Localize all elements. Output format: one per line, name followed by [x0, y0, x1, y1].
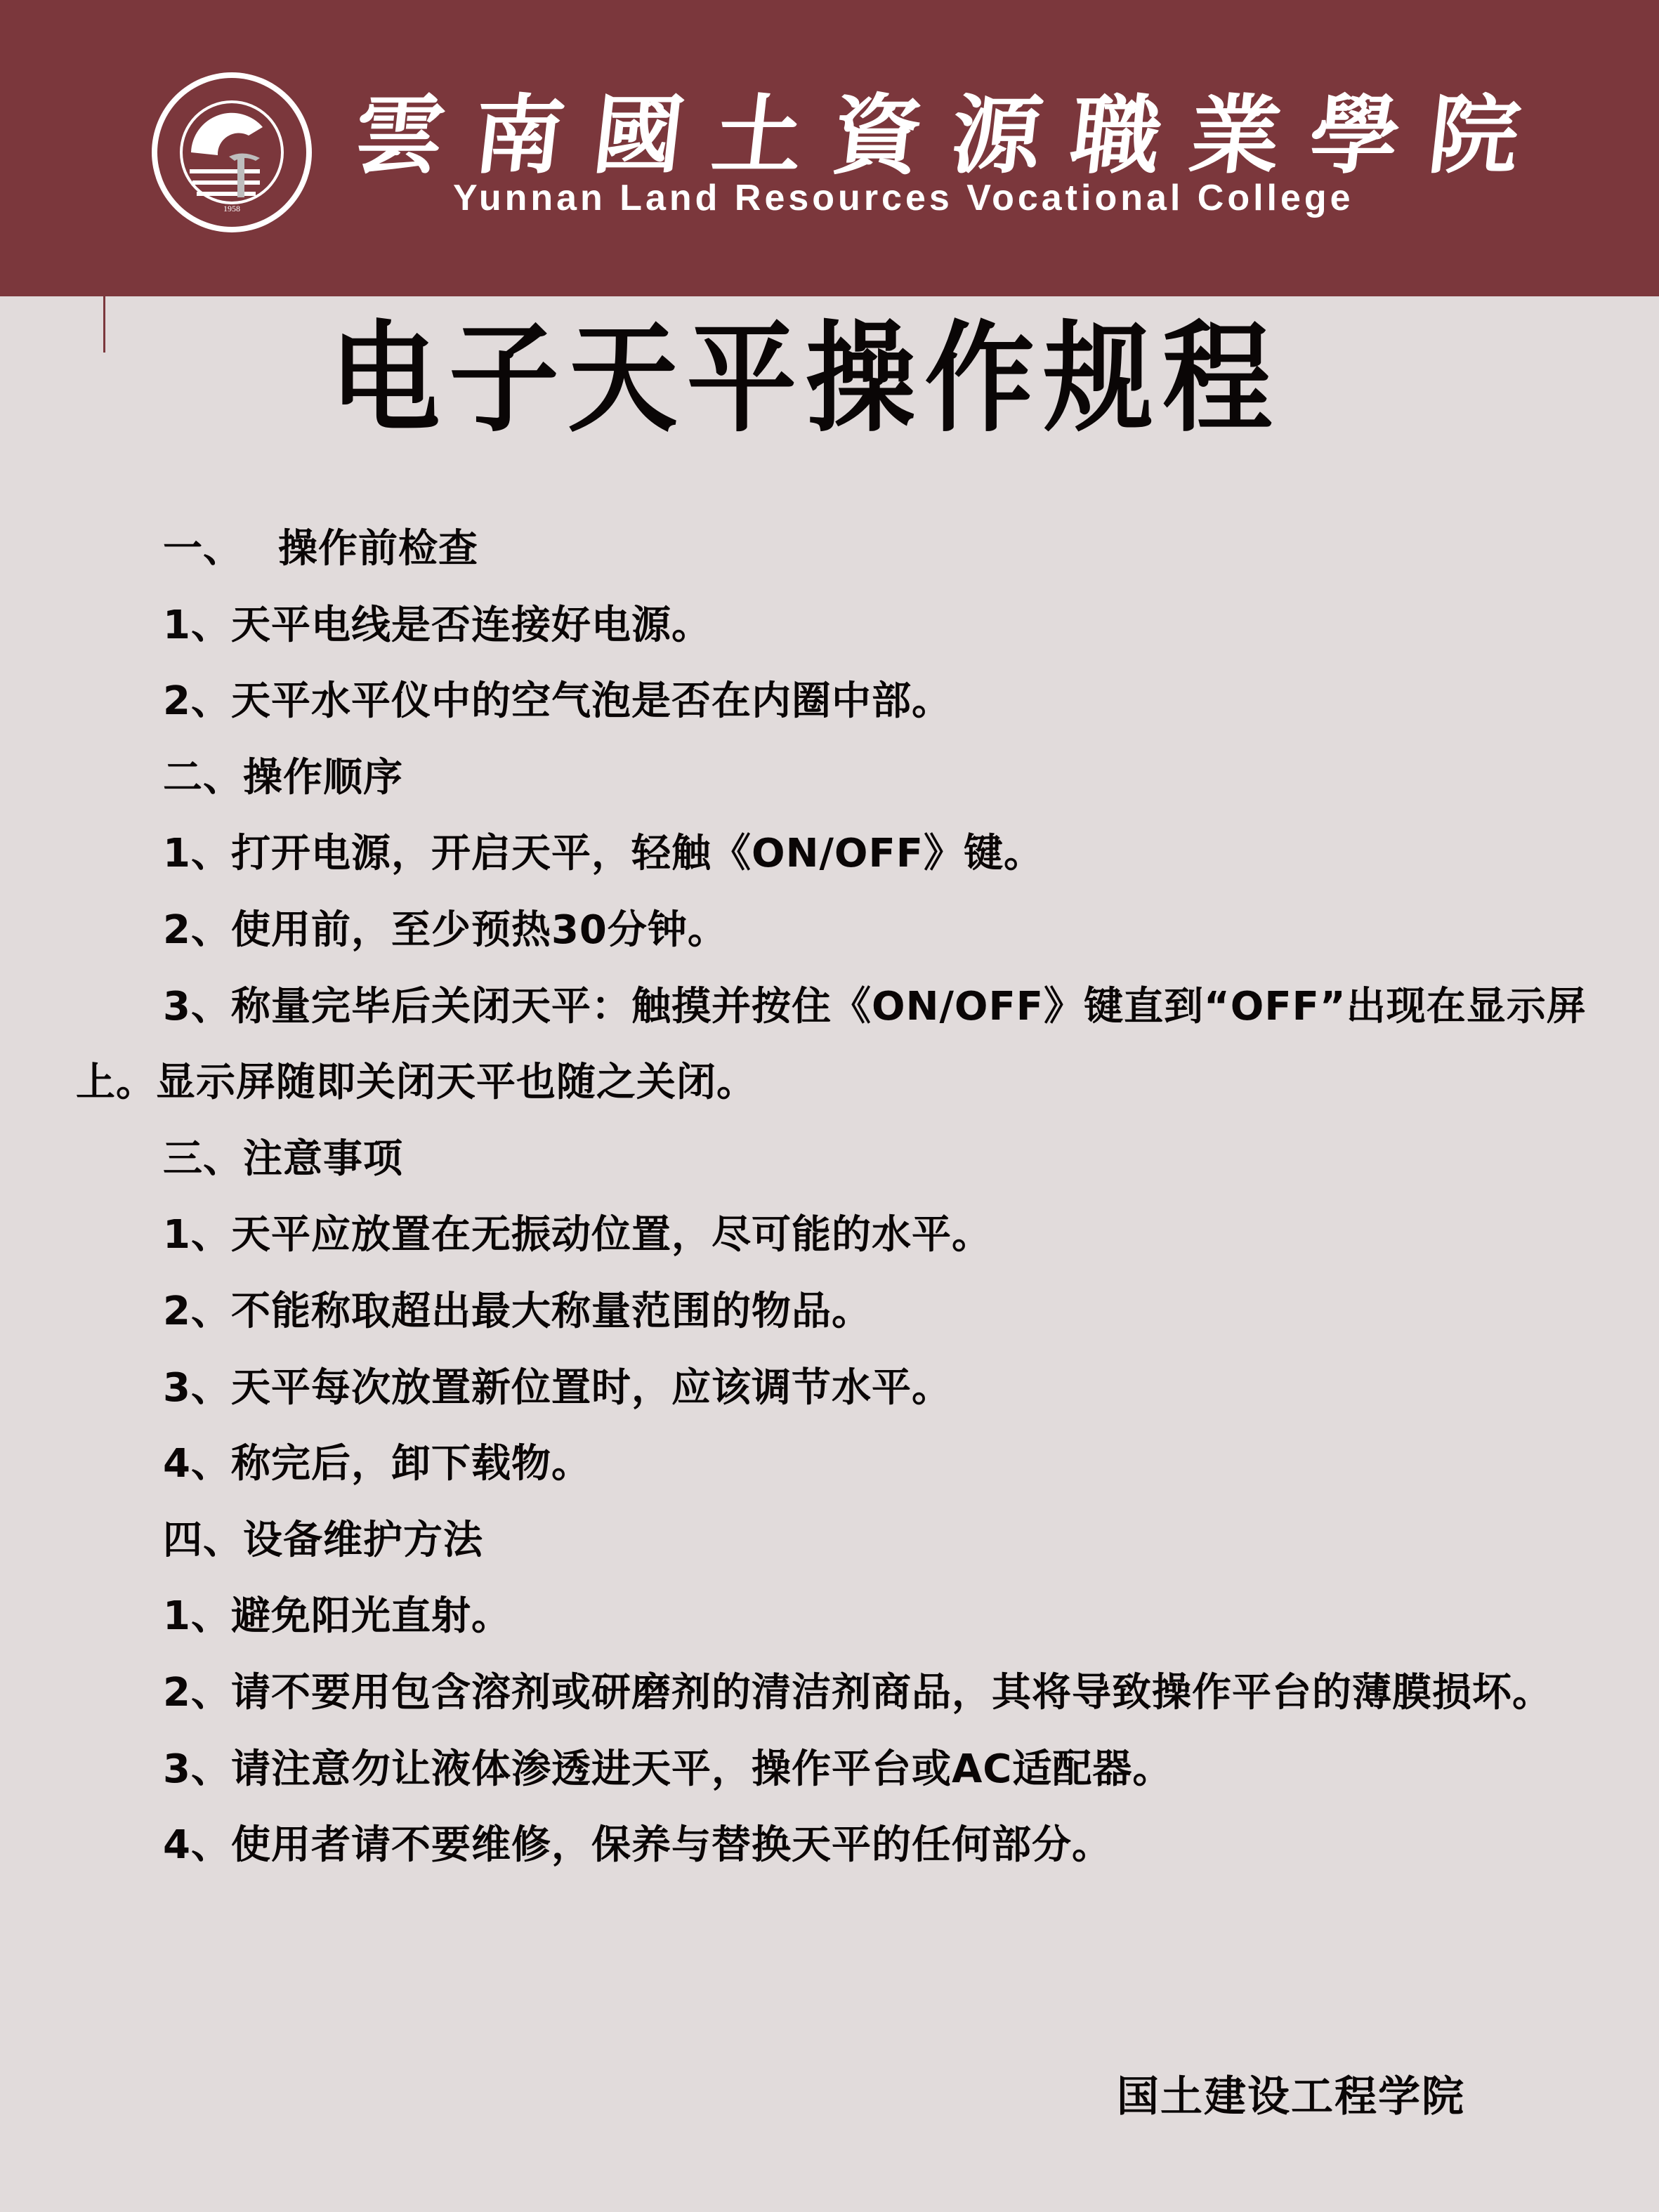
section-title: 注意事项: [243, 1136, 403, 1182]
list-item: 2、使用前，至少预热30分钟。: [76, 893, 1607, 969]
list-item: 2、天平水平仪中的空气泡是否在内圈中部。: [76, 664, 1607, 740]
list-item: 1、打开电源，开启天平，轻触《ON/OFF》键。: [76, 816, 1607, 893]
list-item: 3、天平每次放置新位置时，应该调节水平。: [76, 1350, 1607, 1427]
page-title: 电子天平操作规程: [330, 309, 1261, 449]
list-item: 1、避免阳光直射。: [76, 1579, 1607, 1655]
section-title: 操作前检查: [278, 526, 478, 572]
svg-text:1958: 1958: [223, 204, 240, 213]
section-number: 三、: [163, 1136, 243, 1182]
list-item: 4、使用者请不要维修，保养与替换天平的任何部分。: [76, 1808, 1607, 1884]
header-banner: 1958 雲南國土資源職業學院 Yunnan Land Resources Vo…: [0, 0, 1659, 296]
section-number: 二、: [163, 755, 243, 801]
section-title: 设备维护方法: [243, 1518, 483, 1563]
list-item: 2、请不要用包含溶剂或研磨剂的清洁剂商品，其将导致操作平台的薄膜损坏。: [76, 1655, 1607, 1732]
list-item: 1、天平应放置在无振动位置，尽可能的水平。: [76, 1197, 1607, 1274]
section-title: 操作顺序: [243, 755, 403, 801]
list-item: 2、不能称取超出最大称量范围的物品。: [76, 1274, 1607, 1350]
decorative-divider: [103, 296, 105, 353]
section-number: 一、: [163, 511, 278, 588]
section-heading-1: 一、操作前检查: [76, 511, 1607, 588]
list-item: 1、天平电线是否连接好电源。: [76, 588, 1607, 664]
issuing-department: 国土建设工程学院: [1117, 2072, 1482, 2122]
section-heading-3: 三、注意事项: [76, 1121, 1607, 1198]
college-name-chinese: 雲南國土資源職業學院: [349, 86, 1477, 186]
procedure-body: 一、操作前检查 1、天平电线是否连接好电源。 2、天平水平仪中的空气泡是否在内圈…: [76, 511, 1607, 1884]
college-name-english: Yunnan Land Resources Vocational College: [453, 177, 1422, 219]
section-heading-2: 二、操作顺序: [76, 740, 1607, 817]
college-logo-icon: 1958: [150, 71, 313, 234]
list-item: 3、称量完毕后关闭天平：触摸并按住《ON/OFF》键直到“OFF”出现在显示屏上…: [76, 969, 1607, 1121]
section-number: 四、: [163, 1518, 243, 1563]
list-item: 3、请注意勿让液体渗透进天平，操作平台或AC适配器。: [76, 1732, 1607, 1808]
list-item: 4、称完后，卸下载物。: [76, 1426, 1607, 1503]
section-heading-4: 四、设备维护方法: [76, 1503, 1607, 1579]
